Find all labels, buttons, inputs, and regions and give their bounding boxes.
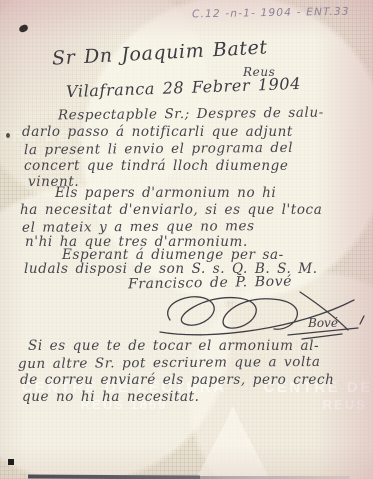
recipient-line: Sr Dn Joaquim Batet xyxy=(52,38,268,68)
dateline: Vilafranca 28 Febrer 1904 xyxy=(66,76,301,100)
postscript-line: Si es que te de tocar el armonium al- xyxy=(28,340,319,354)
postscript-line: gun altre Sr. pot escriurem que a volta xyxy=(18,356,321,372)
body-line: la present li envio el programa del xyxy=(24,142,293,158)
scan-artifact-strip xyxy=(28,475,200,479)
postscript-line: de correu enviaré els papers, pero crech xyxy=(20,374,334,388)
body-line: ha necesitat d'enviarlo, si es que l'toc… xyxy=(20,204,322,218)
scanned-letter-page: CENTRE DE LECTURA REUS 1859 CENTRE DE LE… xyxy=(0,0,373,479)
ink-blot-mark xyxy=(18,24,29,33)
watermark-arch-shape xyxy=(196,406,270,479)
signature-flourish-name: Bové xyxy=(307,316,338,330)
body-line: Respectapble Sr.; Despres de salu- xyxy=(58,107,324,123)
signature-flourish: Bové xyxy=(150,286,368,340)
watermark-subtitle: REUS 1859 xyxy=(250,397,373,412)
postscript-line: que no hi ha necesitat. xyxy=(22,391,200,405)
archive-reference-annotation: C.12 -n-1- 1904 - ENT.33 xyxy=(192,6,350,21)
scan-registration-mark xyxy=(8,459,14,465)
body-line: darlo passo á notificarli que adjunt xyxy=(22,126,293,140)
punch-hole-mark xyxy=(6,133,10,138)
body-line: concert que tindrá lloch diumenge xyxy=(24,160,288,174)
body-line: Els papers d'armonium no hi xyxy=(55,187,276,201)
